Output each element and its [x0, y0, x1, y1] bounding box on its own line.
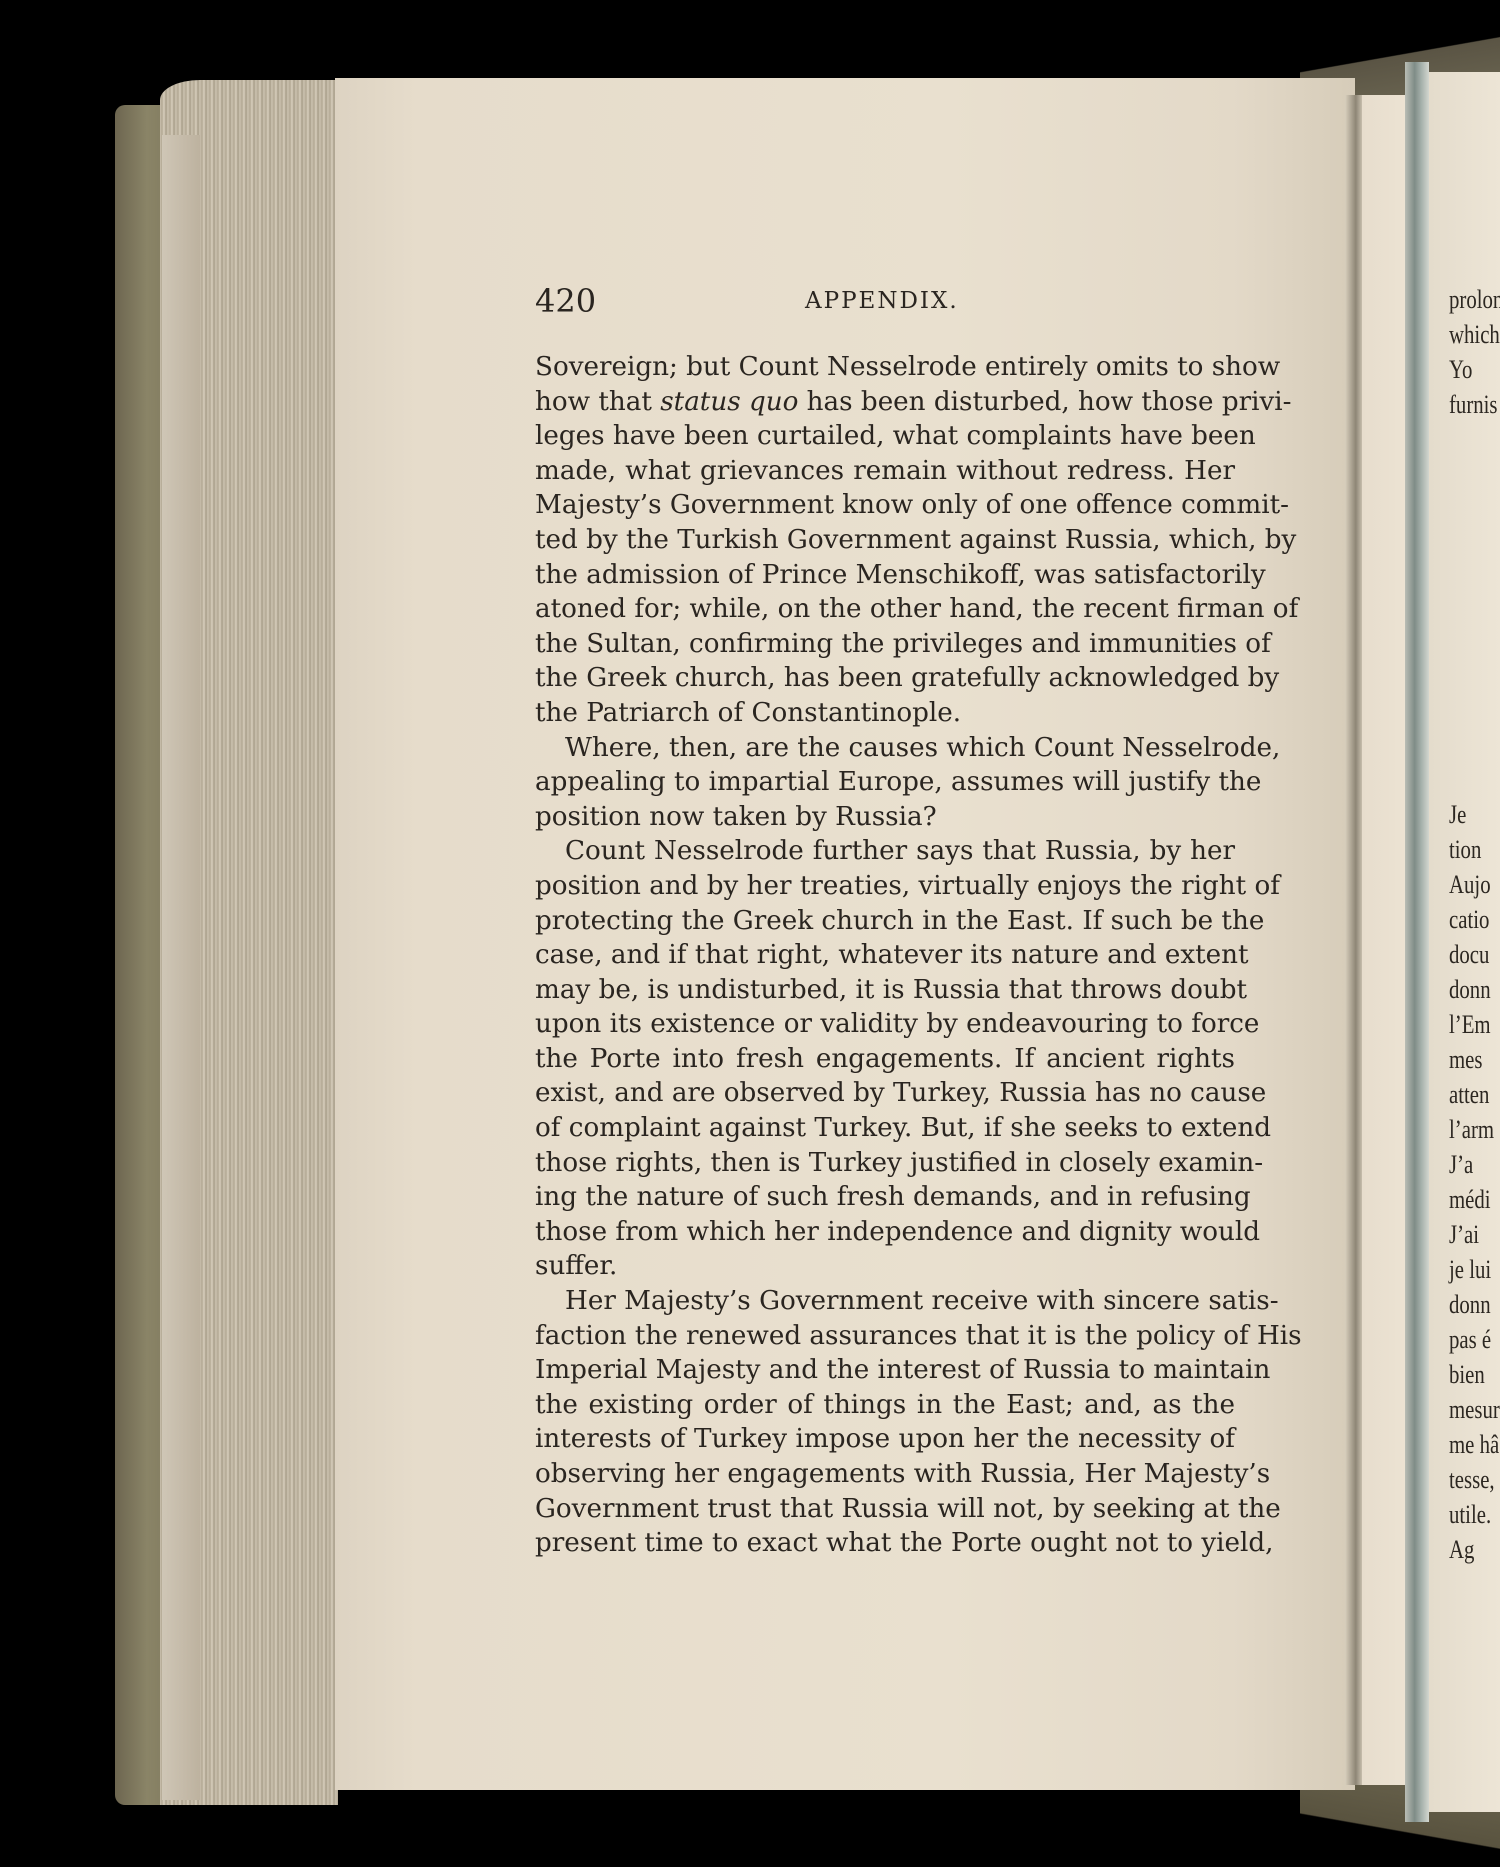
text-line: case, and if that right, whatever its na…	[535, 938, 1235, 973]
facing-page-text-fragment: médi	[1449, 1185, 1491, 1215]
inserted-leaf	[1362, 95, 1407, 1785]
text-line: appealing to impartial Europe, assumes w…	[535, 765, 1235, 800]
text-line: the Greek church, has been gratefully ac…	[535, 661, 1235, 696]
text-line: position and by her treaties, virtually …	[535, 869, 1235, 904]
facing-page-text-fragment: Ag	[1449, 1535, 1474, 1565]
text-line: Government trust that Russia will not, b…	[535, 1492, 1235, 1527]
text-line: the Sultan, confirming the privileges an…	[535, 627, 1235, 662]
page-body-text: Sovereign; but Count Nesselrode entirely…	[535, 350, 1235, 1561]
facing-page-text-fragment: pas é	[1449, 1325, 1491, 1355]
page-header: 420 APPENDIX.	[535, 282, 1235, 322]
text-line: the Porte into fresh engagements. If anc…	[535, 1042, 1235, 1077]
text-line: the admission of Prince Menschikoff, was…	[535, 558, 1235, 593]
text-line: of complaint against Turkey. But, if she…	[535, 1111, 1235, 1146]
text-line: faction the renewed assurances that it i…	[535, 1319, 1235, 1354]
text-line: the Patriarch of Constantinople.	[535, 696, 1235, 731]
text-line: upon its existence or validity by endeav…	[535, 1007, 1235, 1042]
facing-page-text-fragment: prolon	[1449, 285, 1500, 315]
facing-page-text-fragment: Yo	[1449, 355, 1472, 385]
text-line: present time to exact what the Porte oug…	[535, 1526, 1235, 1561]
running-head: APPENDIX.	[805, 288, 959, 314]
facing-page-text-fragment: donn	[1449, 1290, 1491, 1320]
facing-page-text-fragment: J’ai	[1449, 1220, 1479, 1250]
text-line: may be, is undisturbed, it is Russia tha…	[535, 973, 1235, 1008]
facing-page-text-fragment: J’a	[1449, 1150, 1473, 1180]
facing-page-text-fragment: utile.	[1449, 1500, 1491, 1530]
text-line: ing the nature of such fresh demands, an…	[535, 1180, 1235, 1215]
text-line: ted by the Turkish Government against Ru…	[535, 523, 1235, 558]
facing-page-text-fragment: docu	[1449, 940, 1489, 970]
text-line: interests of Turkey impose upon her the …	[535, 1422, 1235, 1457]
text-line: the existing order of things in the East…	[535, 1388, 1235, 1423]
facing-page-text-fragment: which	[1449, 320, 1500, 350]
page-number: 420	[535, 282, 596, 320]
text-line: those rights, then is Turkey justified i…	[535, 1146, 1235, 1181]
facing-page-text-fragment: bien	[1449, 1360, 1485, 1390]
facing-page-text-fragment: l’Em	[1449, 1010, 1491, 1040]
facing-page-text-fragment: Je	[1449, 800, 1466, 830]
text-line: Her Majesty’s Government receive with si…	[535, 1284, 1235, 1319]
text-line: atoned for; while, on the other hand, th…	[535, 592, 1235, 627]
text-line: Sovereign; but Count Nesselrode entirely…	[535, 350, 1235, 385]
facing-page-text-fragment: l’arm	[1449, 1115, 1494, 1145]
facing-page-text-fragment: mes	[1449, 1045, 1483, 1075]
facing-page-text-fragment: catio	[1449, 905, 1489, 935]
italic-phrase: status quo	[660, 387, 798, 417]
text-line: observing her engagements with Russia, H…	[535, 1457, 1235, 1492]
facing-page-text-fragment: donn	[1449, 975, 1491, 1005]
endpaper-edge	[162, 135, 200, 1800]
facing-page-text-fragment: je lui	[1449, 1255, 1491, 1285]
text-line: Majesty’s Government know only of one of…	[535, 488, 1235, 523]
facing-page-partial: prolonwhich Yofurnis JetionAujocatiodocu…	[1429, 72, 1500, 1812]
text-line: suffer.	[535, 1249, 1235, 1284]
text-line: how that status quo has been disturbed, …	[535, 385, 1235, 420]
text-line: those from which her independence and di…	[535, 1215, 1235, 1250]
text-line: Count Nesselrode further says that Russi…	[535, 834, 1235, 869]
text-line: Imperial Majesty and the interest of Rus…	[535, 1353, 1235, 1388]
text-line: protecting the Greek church in the East.…	[535, 904, 1235, 939]
facing-page-text-fragment: furnis	[1449, 390, 1498, 420]
glass-plate-edge	[1405, 62, 1429, 1822]
facing-page-text-fragment: me hâ	[1449, 1430, 1499, 1460]
text-line: Where, then, are the causes which Count …	[535, 731, 1235, 766]
facing-page-text-fragment: tion	[1449, 835, 1481, 865]
text-line: position now taken by Russia?	[535, 800, 1235, 835]
text-line: made, what grievances remain without red…	[535, 454, 1235, 489]
facing-page-text-fragment: atten	[1449, 1080, 1489, 1110]
facing-page-text-fragment: tesse,	[1449, 1465, 1495, 1495]
page-gutter	[1345, 95, 1363, 1785]
text-line: exist, and are observed by Turkey, Russi…	[535, 1076, 1235, 1111]
facing-page-text-fragment: Aujo	[1449, 870, 1491, 900]
facing-page-text-fragment: mesur	[1449, 1395, 1500, 1425]
text-line: leges have been curtailed, what complain…	[535, 419, 1235, 454]
